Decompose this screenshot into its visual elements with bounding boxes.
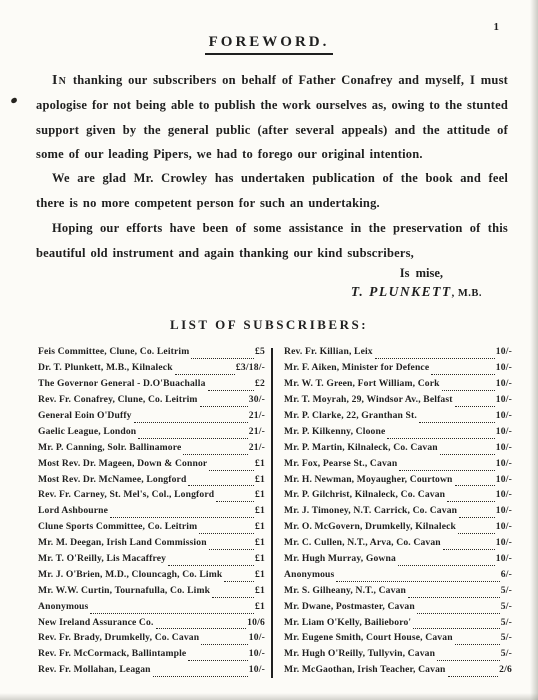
subscriber-amount: 21/- [249,426,265,437]
dotted-leader [399,470,494,471]
subscriber-amount: 30/- [249,394,265,405]
subscriber-name: Mr. O. McGovern, Drumkelly, Kilnaleck [284,521,456,532]
subscriber-row: Mr. P. Clarke, 22, Granthan St. 10/- [284,410,512,426]
subscriber-name: Mr. P. Canning, Solr. Ballinamore [38,442,181,453]
subscriber-name: Mr. H. Newman, Moyaugher, Courtown [284,474,453,485]
subscriber-column-right: Rev. Fr. Killian, Leix 10/- Mr. F. Aiken… [277,346,512,680]
subscriber-amount: £1 [255,569,265,580]
subscriber-amount: 10/- [496,553,512,564]
subscriber-row: Mr. P. Gilchrist, Kilnaleck, Co. Cavan 1… [284,489,512,505]
subscriber-amount: £3/18/- [236,362,265,373]
subscriber-row: Mr. P. Martin, Kilnaleck, Co. Cavan 10/- [284,442,512,458]
subscriber-row: Anonymous 6/- [284,569,512,585]
foreword-title: FOREWORD. [205,34,334,55]
signature-name: T. PLUNKETT [351,284,452,299]
subscriber-name: Anonymous [38,601,88,612]
subscriber-row: General Eoin O'Duffy 21/- [38,410,265,426]
subscribers-title: LIST OF SUBSCRIBERS: [0,317,538,333]
subscriber-amount: £1 [255,489,265,500]
subscriber-row: Mr. F. Aiken, Minister for Defence 10/- [284,362,512,378]
dotted-leader [138,438,247,439]
subscriber-name: Mr. J. Timoney, N.T. Carrick, Co. Cavan [284,505,457,516]
subscriber-amount: 10/- [249,664,265,675]
subscriber-amount: £1 [255,505,265,516]
foreword-heading-row: FOREWORD. [0,0,538,55]
subscriber-row: Mr. Eugene Smith, Court House, Cavan 5/- [284,632,512,648]
subscriber-name: Mr. P. Kilkenny, Cloone [284,426,385,437]
dotted-leader [459,517,495,518]
subscriber-amount: 5/- [501,632,512,643]
dotted-leader [110,517,254,518]
subscriber-amount: £1 [255,537,265,548]
subscriber-name: Mr. Hugh O'Reilly, Tullyvin, Cavan [284,648,435,659]
dotted-leader [458,533,495,534]
subscriber-amount: 10/- [496,521,512,532]
subscriber-name: Rev. Fr. McCormack, Ballintample [38,648,186,659]
subscriber-name: Mr. P. Gilchrist, Kilnaleck, Co. Cavan [284,489,445,500]
subscriber-row: Mr. Liam O'Kelly, Bailieboro' 5/- [284,617,512,633]
dotted-leader [431,374,494,375]
subscriber-row: Mr. Hugh O'Reilly, Tullyvin, Cavan 5/- [284,648,512,664]
subscriber-name: Mr. T. Moyrah, 29, Windsor Av., Belfast [284,394,453,405]
dotted-leader [455,485,495,486]
dotted-leader [90,613,254,614]
subscriber-name: Mr. P. Martin, Kilnaleck, Co. Cavan [284,442,438,453]
foreword-body: In thanking our subscribers on behalf of… [36,68,508,265]
subscriber-name: New Ireland Assurance Co. [38,617,154,628]
subscriber-name: Rev. Fr. Conafrey, Clune, Co. Leitrim [38,394,198,405]
foreword-paragraph: We are glad Mr. Crowley has undertaken p… [36,166,508,216]
dotted-leader [208,390,254,391]
dotted-leader [440,454,495,455]
subscriber-amount: £1 [255,521,265,532]
dotted-leader [199,533,254,534]
dotted-leader [224,581,254,582]
page-number: 1 [494,21,500,33]
dotted-leader [447,501,495,502]
subscriber-row: Rev. Fr. Killian, Leix 10/- [284,346,512,362]
subscriber-name: Most Rev. Dr. McNamee, Longford [38,474,186,485]
subscriber-amount: 10/6 [247,617,265,628]
subscriber-amount: 10/- [249,648,265,659]
subscriber-name: Mr. T. O'Reilly, Lis Macaffrey [38,553,166,564]
subscriber-row: Mr. O. McGovern, Drumkelly, Kilnaleck 10… [284,521,512,537]
subscriber-name: Rev. Fr. Brady, Drumkelly, Co. Cavan [38,632,199,643]
dotted-leader [398,565,495,566]
subscriber-amount: 10/- [496,537,512,548]
subscriber-amount: £1 [255,474,265,485]
subscriber-amount: 10/- [496,378,512,389]
subscriber-row: Mr. W. T. Green, Fort William, Cork 10/- [284,378,512,394]
subscriber-name: Mr. F. Aiken, Minister for Defence [284,362,429,373]
scanned-document-page: 1 FOREWORD. In thanking our subscribers … [0,0,538,700]
subscriber-amount: 5/- [501,617,512,628]
subscriber-name: Rev. Fr. Killian, Leix [284,346,373,357]
foreword-paragraph: Hoping our efforts have been of some ass… [36,216,508,266]
subscriber-name: Mr. M. Deegan, Irish Land Commission [38,537,207,548]
subscriber-amount: £1 [255,601,265,612]
subscriber-name: Most Rev. Dr. Mageen, Down & Connor [38,458,207,469]
paragraph-text: We are glad Mr. Crowley has undertaken p… [36,171,508,210]
subscriber-row: Mr. Hugh Murray, Gowna 10/- [284,553,512,569]
subscriber-column-left: Feis Committee, Clune, Co. Leitrim £5 Dr… [38,346,265,680]
dotted-leader [188,660,247,661]
dotted-leader [417,613,500,614]
subscriber-name: Gaelic League, London [38,426,136,437]
subscriber-name: Mr. Dwane, Postmaster, Cavan [284,601,415,612]
subscriber-row: Mr. S. Gilheany, N.T., Cavan 5/- [284,585,512,601]
dotted-leader [134,422,248,423]
page-edge-right [530,0,538,700]
subscriber-row: Mr. T. Moyrah, 29, Windsor Av., Belfast … [284,394,512,410]
subscriber-row: Mr. T. O'Reilly, Lis Macaffrey £1 [38,553,265,569]
subscriber-name: General Eoin O'Duffy [38,410,132,421]
subscriber-list: Feis Committee, Clune, Co. Leitrim £5 Dr… [38,346,512,680]
subscriber-amount: £1 [255,553,265,564]
subscriber-amount: 2/6 [499,664,512,675]
subscriber-row: Mr. M. Deegan, Irish Land Commission £1 [38,537,265,553]
dotted-leader [408,597,500,598]
dotted-leader [156,628,247,629]
subscriber-amount: 21/- [249,442,265,453]
subscriber-name: Mr. P. Clarke, 22, Granthan St. [284,410,417,421]
subscriber-amount: 10/- [496,394,512,405]
subscriber-amount: 10/- [496,346,512,357]
dotted-leader [209,470,254,471]
subscriber-row: Dr. T. Plunkett, M.B., Kilnaleck £3/18/- [38,362,265,378]
subscriber-row: Mr. W.W. Curtin, Tournafulla, Co. Limk £… [38,585,265,601]
dotted-leader [168,565,254,566]
dotted-leader [183,454,247,455]
subscriber-amount: 10/- [496,474,512,485]
subscriber-row: Clune Sports Committee, Co. Leitrim £1 [38,521,265,537]
subscriber-name: Mr. Eugene Smith, Court House, Cavan [284,632,453,643]
paragraph-text: thanking our subscribers on behalf of Fa… [36,73,508,161]
subscriber-name: Mr. Fox, Pearse St., Cavan [284,458,397,469]
dotted-leader [336,581,499,582]
signature-line: T. PLUNKETT, M.B. [0,284,482,300]
paragraph-text: Hoping our efforts have been of some ass… [36,221,508,260]
subscriber-row: Mr. J. O'Brien, M.D., Clouncagh, Co. Lim… [38,569,265,585]
ink-blot-mark [10,97,17,104]
subscriber-row: Most Rev. Dr. Mageen, Down & Connor £1 [38,458,265,474]
subscriber-name: Mr. S. Gilheany, N.T., Cavan [284,585,406,596]
subscriber-name: Anonymous [284,569,334,580]
subscriber-row: Mr. Dwane, Postmaster, Cavan 5/- [284,601,512,617]
closing-line: Is mise, [0,266,443,281]
subscriber-amount: 10/- [496,426,512,437]
foreword-paragraph: In thanking our subscribers on behalf of… [36,68,508,166]
dotted-leader [212,597,254,598]
subscriber-name: Dr. T. Plunkett, M.B., Kilnaleck [38,362,173,373]
dotted-leader [443,549,495,550]
subscriber-row: Gaelic League, London 21/- [38,426,265,442]
dotted-leader [419,422,495,423]
subscriber-row: Rev. Fr. Conafrey, Clune, Co. Leitrim 30… [38,394,265,410]
subscriber-name: The Governor General - D.O'Buachalla [38,378,206,389]
subscriber-amount: 10/- [496,362,512,373]
subscriber-row: Rev. Fr. Brady, Drumkelly, Co. Cavan 10/… [38,632,265,648]
subscriber-amount: 10/- [496,458,512,469]
dotted-leader [209,549,254,550]
dotted-leader [175,374,235,375]
subscriber-row: Feis Committee, Clune, Co. Leitrim £5 [38,346,265,362]
subscriber-amount: 5/- [501,585,512,596]
subscriber-amount: 10/- [496,505,512,516]
dotted-leader [153,676,248,677]
subscriber-name: Mr. W. T. Green, Fort William, Cork [284,378,440,389]
dotted-leader [200,406,248,407]
paragraph-lead: In [52,73,67,88]
dotted-leader [455,644,500,645]
subscriber-row: Lord Ashbourne £1 [38,505,265,521]
subscriber-name: Feis Committee, Clune, Co. Leitrim [38,346,189,357]
dotted-leader [188,485,254,486]
dotted-leader [201,644,248,645]
subscriber-amount: 10/- [496,489,512,500]
dotted-leader [216,501,254,502]
dotted-leader [375,358,495,359]
subscriber-row: Mr. P. Canning, Solr. Ballinamore 21/- [38,442,265,458]
subscriber-amount: 21/- [249,410,265,421]
page-edge-bottom [0,693,538,700]
subscriber-amount: £5 [255,346,265,357]
subscriber-name: Mr. J. O'Brien, M.D., Clouncagh, Co. Lim… [38,569,222,580]
subscriber-row: New Ireland Assurance Co. 10/6 [38,617,265,633]
subscriber-name: Mr. Liam O'Kelly, Bailieboro' [284,617,411,628]
dotted-leader [455,406,495,407]
subscriber-row: Rev. Fr. McCormack, Ballintample 10/- [38,648,265,664]
subscriber-row: Mr. C. Cullen, N.T., Arva, Co. Cavan 10/… [284,537,512,553]
subscriber-row: Anonymous £1 [38,601,265,617]
subscriber-name: Clune Sports Committee, Co. Leitrim [38,521,197,532]
subscriber-name: Rev. Fr. Mollahan, Leagan [38,664,151,675]
subscriber-row: Mr. H. Newman, Moyaugher, Courtown 10/- [284,474,512,490]
subscriber-amount: 10/- [496,442,512,453]
column-divider [271,348,273,678]
dotted-leader [191,358,254,359]
signature-suffix: , M.B. [452,288,482,299]
dotted-leader [448,676,499,677]
subscriber-row: Mr. J. Timoney, N.T. Carrick, Co. Cavan … [284,505,512,521]
subscriber-amount: £1 [255,458,265,469]
subscriber-row: Rev. Fr. Mollahan, Leagan 10/- [38,664,265,680]
subscriber-name: Rev. Fr. Carney, St. Mel's, Col., Longfo… [38,489,214,500]
subscriber-name: Lord Ashbourne [38,505,108,516]
subscriber-amount: 5/- [501,601,512,612]
subscriber-row: The Governor General - D.O'Buachalla £2 [38,378,265,394]
subscriber-amount: £2 [255,378,265,389]
subscriber-amount: £1 [255,585,265,596]
subscriber-amount: 10/- [496,410,512,421]
subscriber-name: Mr. C. Cullen, N.T., Arva, Co. Cavan [284,537,441,548]
subscriber-amount: 6/- [501,569,512,580]
dotted-leader [413,628,500,629]
subscriber-name: Mr. McGaothan, Irish Teacher, Cavan [284,664,446,675]
dotted-leader [387,438,494,439]
subscriber-row: Rev. Fr. Carney, St. Mel's, Col., Longfo… [38,489,265,505]
subscriber-name: Mr. W.W. Curtin, Tournafulla, Co. Limk [38,585,210,596]
dotted-leader [437,660,500,661]
subscriber-row: Mr. P. Kilkenny, Cloone 10/- [284,426,512,442]
dotted-leader [442,390,495,391]
subscriber-row: Mr. McGaothan, Irish Teacher, Cavan 2/6 [284,664,512,680]
subscriber-name: Mr. Hugh Murray, Gowna [284,553,396,564]
subscriber-row: Most Rev. Dr. McNamee, Longford £1 [38,474,265,490]
subscriber-amount: 5/- [501,648,512,659]
subscriber-amount: 10/- [249,632,265,643]
subscriber-row: Mr. Fox, Pearse St., Cavan 10/- [284,458,512,474]
